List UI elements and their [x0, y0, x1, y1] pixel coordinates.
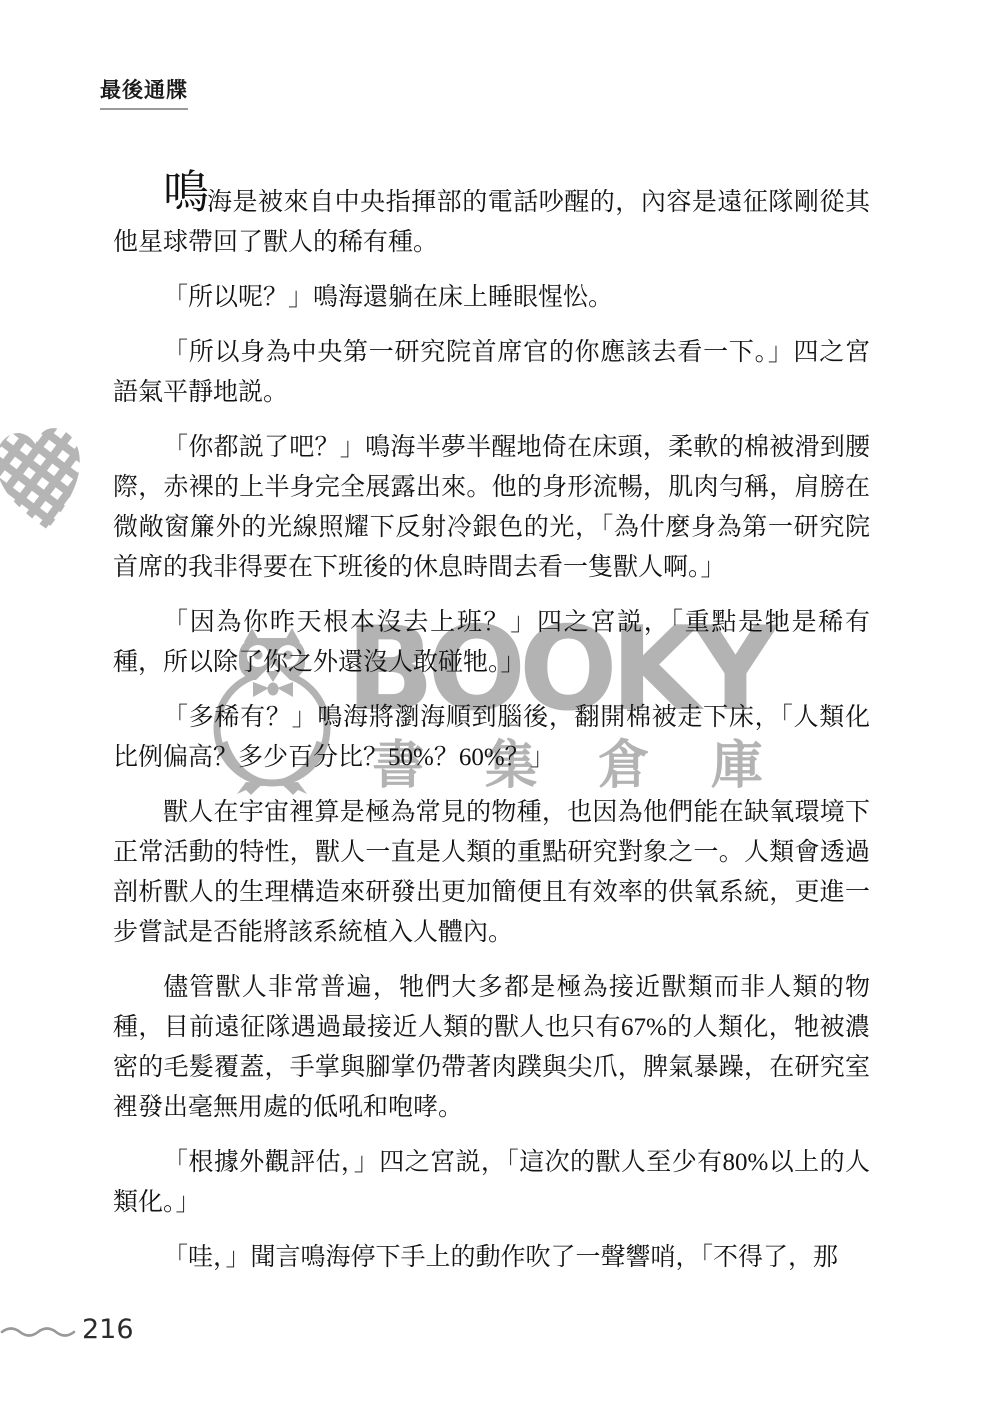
paragraph: 「所以呢？」鳴海還躺在床上睡眼惺忪。: [113, 278, 870, 318]
body-text: 鳴海是被來自中央指揮部的電話吵醒的，內容是遠征隊剛從其他星球帶回了獸人的稀有種。…: [113, 183, 870, 1293]
page-number: 216: [82, 1314, 134, 1345]
paragraph: 鳴海是被來自中央指揮部的電話吵醒的，內容是遠征隊剛從其他星球帶回了獸人的稀有種。: [113, 183, 870, 263]
paragraph: 「因為你昨天根本沒去上班？」四之宮説，「重點是牠是稀有種，所以除了你之外還沒人敢…: [113, 603, 870, 683]
paragraph: 「多稀有？」鳴海將瀏海順到腦後，翻開棉被走下床，「人類化比例偏高？多少百分比？5…: [113, 698, 870, 778]
book-page: BOOKY 書集倉庫 最後通牒 鳴海是被來自中央指揮部的電話吵醒的，內容是遠征隊…: [0, 0, 1000, 1403]
paragraph: 儘管獸人非常普遍，牠們大多都是極為接近獸類而非人類的物種，目前遠征隊遇過最接近人…: [113, 968, 870, 1128]
paragraph: 「根據外觀評估，」四之宮説，「這次的獸人至少有80%以上的人類化。」: [113, 1143, 870, 1223]
paragraph: 「你都説了吧？」鳴海半夢半醒地倚在床頭，柔軟的棉被滑到腰際，赤裸的上半身完全展露…: [113, 428, 870, 588]
paragraph: 「所以身為中央第一研究院首席官的你應該去看一下。」四之宮語氣平靜地説。: [113, 333, 870, 413]
page-header-title: 最後通牒: [100, 74, 188, 110]
drop-cap: 鳴: [163, 170, 209, 216]
wave-decoration-icon: [0, 1322, 80, 1340]
paragraph: 獸人在宇宙裡算是極為常見的物種，也因為他們能在缺氧環境下正常活動的特性，獸人一直…: [113, 793, 870, 953]
heart-pattern-icon: [0, 412, 94, 542]
paragraph: 「哇，」聞言鳴海停下手上的動作吹了一聲響哨，「不得了，那: [113, 1238, 870, 1278]
